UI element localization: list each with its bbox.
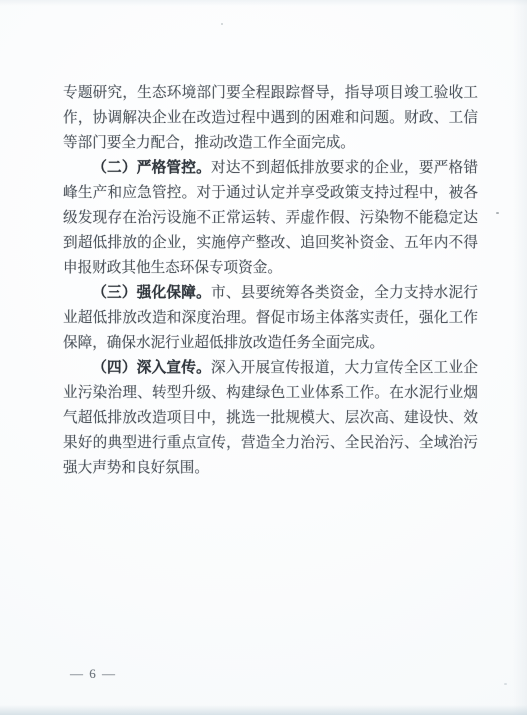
text-line: 到超低排放的企业，实施停产整改、追回奖补资金、五年内不得 — [63, 231, 478, 256]
text-line: 申报财政其他生态环保专项资金。 — [63, 256, 478, 281]
text-line: 专题研究，生态环境部门要全程跟踪督导，指导项目竣工验收工 — [63, 81, 478, 106]
text-line: （四）深入宣传。深入开展宣传报道，大力宣传全区工业企 — [63, 356, 478, 381]
line-text: 保障，确保水泥行业超低排放改造任务全面完成。 — [63, 335, 384, 351]
scan-speck — [504, 683, 507, 685]
line-text: 业超低排放改造和深度治理。督促市场主体落实责任，强化工作 — [63, 310, 478, 326]
section-heading: （二）严格管控。 — [92, 160, 211, 176]
text-line: 级发现存在治污设施不正常运转、弄虚作假、污染物不能稳定达 — [63, 206, 478, 231]
line-text: 峰生产和应急管控。对于通过认定并享受政策支持过程中，被各 — [63, 185, 478, 201]
line-text: 市、县要统筹各类资金，全力支持水泥行 — [211, 285, 478, 301]
line-text: 对达不到超低排放要求的企业，要严格错 — [211, 160, 478, 176]
line-text: 申报财政其他生态环保专项资金。 — [63, 260, 282, 276]
text-block: 专题研究，生态环境部门要全程跟踪督导，指导项目竣工验收工作，协调解决企业在改造过… — [63, 81, 478, 481]
text-line: 业超低排放改造和深度治理。督促市场主体落实责任，强化工作 — [63, 306, 478, 331]
page-number: — 6 — — [70, 666, 117, 682]
line-text: 等部门要全力配合，推动改造工作全面完成。 — [63, 135, 355, 151]
section-heading: （三）强化保障。 — [92, 285, 211, 301]
line-text: 级发现存在治污设施不正常运转、弄虚作假、污染物不能稳定达 — [63, 210, 478, 226]
line-text: 业污染治理、转型升级、构建绿色工业体系工作。在水泥行业烟 — [63, 385, 478, 401]
text-line: 峰生产和应急管控。对于通过认定并享受政策支持过程中，被各 — [63, 181, 478, 206]
text-line: （二）严格管控。对达不到超低排放要求的企业，要严格错 — [63, 156, 478, 181]
text-line: 果好的典型进行重点宣传，营造全力治污、全民治污、全域治污 — [63, 431, 478, 456]
text-line: 保障，确保水泥行业超低排放改造任务全面完成。 — [63, 331, 478, 356]
text-line: （三）强化保障。市、县要统筹各类资金，全力支持水泥行 — [63, 281, 478, 306]
text-line: 等部门要全力配合，推动改造工作全面完成。 — [63, 131, 478, 156]
line-text: 果好的典型进行重点宣传，营造全力治污、全民治污、全域治污 — [63, 435, 478, 451]
scan-speck — [496, 212, 499, 214]
text-line: 气超低排放改造项目中，挑选一批规模大、层次高、建设快、效 — [63, 406, 478, 431]
line-text: 深入开展宣传报道，大力宣传全区工业企 — [211, 360, 478, 376]
scan-edge-shading-bottom — [0, 705, 527, 715]
text-line: 强大声势和良好氛围。 — [63, 456, 478, 481]
scan-edge-shading-right — [513, 0, 527, 715]
line-text: 专题研究，生态环境部门要全程跟踪督导，指导项目竣工验收工 — [63, 85, 478, 101]
scan-edge-shading-top — [0, 0, 527, 6]
line-text: 气超低排放改造项目中，挑选一批规模大、层次高、建设快、效 — [63, 410, 478, 426]
text-line: 业污染治理、转型升级、构建绿色工业体系工作。在水泥行业烟 — [63, 381, 478, 406]
line-text: 到超低排放的企业，实施停产整改、追回奖补资金、五年内不得 — [63, 235, 478, 251]
text-line: 作，协调解决企业在改造过程中遇到的困难和问题。财政、工信 — [63, 106, 478, 131]
scan-speck — [221, 23, 223, 25]
scanned-document-page: 专题研究，生态环境部门要全程跟踪督导，指导项目竣工验收工作，协调解决企业在改造过… — [0, 0, 527, 715]
line-text: 作，协调解决企业在改造过程中遇到的困难和问题。财政、工信 — [63, 110, 478, 126]
section-heading: （四）深入宣传。 — [92, 360, 211, 376]
line-text: 强大声势和良好氛围。 — [63, 460, 209, 476]
